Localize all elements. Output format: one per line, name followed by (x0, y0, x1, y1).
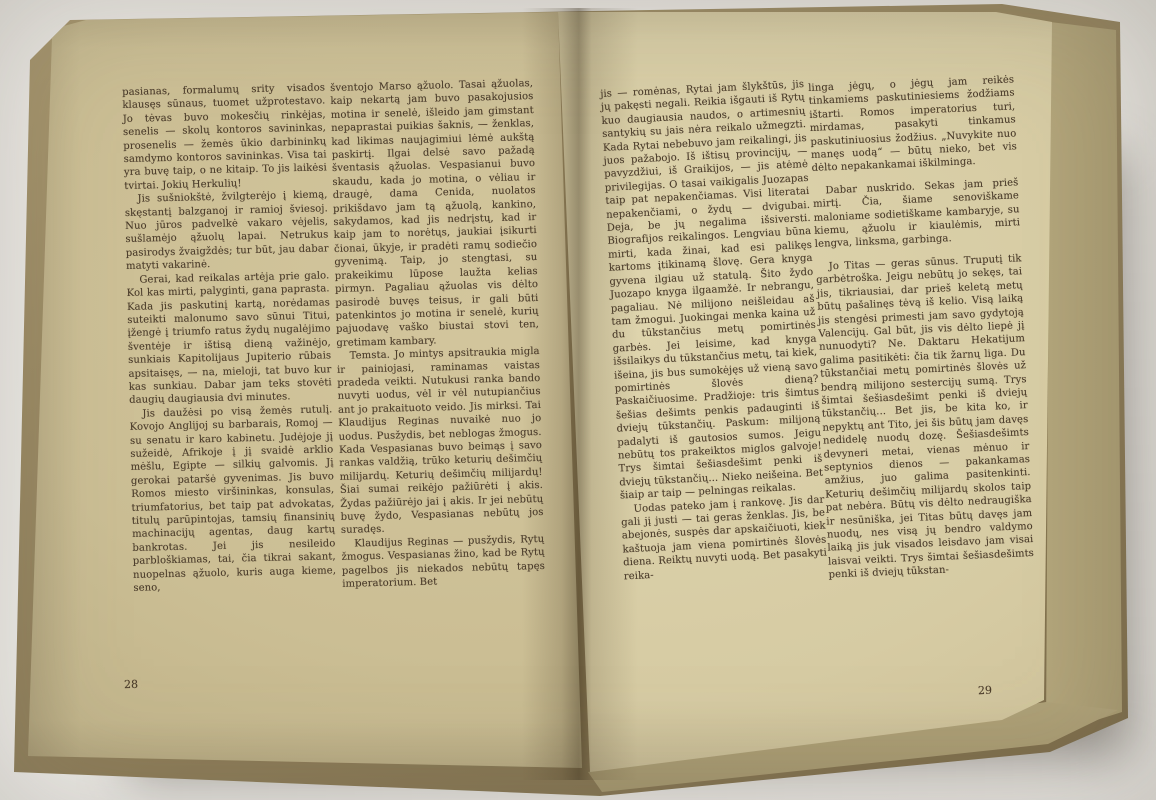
page-number-right: 29 (978, 684, 993, 698)
right-page-column-2: linga jėgų, o jėgų jam reikės tinkamiems… (808, 73, 1035, 582)
paragraph: šventojo Marso ąžuolo. Tasai ąžuolas, ka… (330, 77, 539, 350)
page-number-left: 28 (124, 678, 138, 691)
paragraph: pasianas, formalumų srity visados klausę… (122, 81, 327, 193)
paragraph: Jo Titas — geras sūnus. Truputį tik garb… (815, 252, 1034, 582)
right-page-column-1: jis — romėnas, Rytai jam šlykštūs, jis j… (600, 78, 828, 583)
paragraph: Uodas pateko jam į rankovę. Jis dar gali… (620, 493, 828, 583)
left-page-column-2: šventojo Marso ąžuolo. Tasai ąžuolas, ka… (330, 77, 545, 591)
paragraph: Jis daužėsi po visą žemės rutulį. Kovojo… (129, 403, 336, 595)
paragraph: Klaudijus Reginas — pusžydis, Rytų žmogu… (341, 533, 545, 592)
paragraph: linga jėgų, o jėgų jam reikės tinkamiems… (808, 73, 1018, 175)
photo-scene: pasianas, formalumų srity visados klausę… (0, 0, 1156, 800)
paragraph: jis — romėnas, Rytai jam šlykštūs, jis j… (600, 78, 824, 503)
paragraph: Temsta. Jo mintys apsitraukia migla ir p… (337, 345, 545, 538)
paragraph: Dabar nuskrido. Sekas jam prieš mirtį. Č… (812, 176, 1021, 252)
paragraph: Gerai, kad reikalas artėja prie galo. Ko… (126, 269, 332, 408)
paragraph: Jis sušniokštė, žvilgterėjo į kiemą, skę… (124, 189, 329, 274)
left-page-column-1: pasianas, formalumų srity visados klausę… (122, 81, 337, 595)
